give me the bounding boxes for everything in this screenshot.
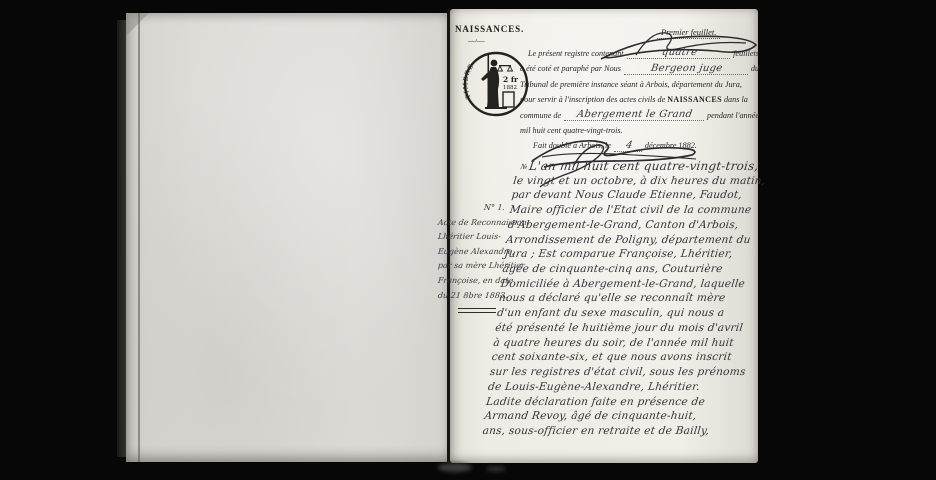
act-line: de Louis-Eugène-Alexandre, Lhéritier.: [487, 380, 732, 395]
act-line: sur les registres d'état civil, sous les…: [489, 365, 734, 380]
svg-text:TIMBRE: TIMBRE: [461, 62, 475, 100]
printed-text-bold: NAISSANCES: [665, 92, 724, 107]
act-line: Maire officier de l'Etat civil de la com…: [509, 203, 754, 218]
preamble-line: Tribunal de première instance séant à Ar…: [520, 77, 759, 92]
ornament-rule: —·—: [468, 36, 484, 45]
scan-smudge: [438, 463, 472, 472]
printed-text: Tribunal de première instance séant à Ar…: [520, 77, 742, 92]
preamble-line: commune de Abergement le Grand pendant l…: [520, 108, 759, 123]
act-line: Ladite déclaration faite en présence de: [485, 395, 730, 410]
preamble-line: Le présent registre contenant quatre feu…: [520, 46, 759, 61]
printed-text: dans la: [724, 92, 748, 107]
act-line: à quatre heures du soir, de l'année mil …: [493, 336, 738, 351]
margin-annotation: N° 1. Acte de Reconnaissance Lhéritier L…: [437, 201, 529, 303]
handwritten-entry: quatre: [661, 48, 698, 58]
act-line: d'un enfant du sexe masculin, qui nous a: [496, 306, 741, 321]
printed-text: commune de: [520, 108, 561, 123]
act-line: par devant Nous Claude Etienne, Faudot,: [511, 188, 756, 203]
section-title: NAISSANCES.: [455, 24, 524, 34]
left-blank-page: [126, 13, 450, 462]
svg-text:2 fr: 2 fr: [503, 75, 519, 84]
handwritten-entry: Abergement le Grand: [576, 110, 693, 120]
margin-closing-rule: [458, 308, 496, 313]
act-line: nous a déclaré qu'elle se reconnaît mère: [498, 291, 743, 306]
page-crease: [138, 13, 140, 462]
printed-text: feuillets: [733, 46, 759, 61]
margin-line: Acte de Reconnaissance: [437, 216, 529, 231]
act-line: Arrondissement de Poligny, département d…: [505, 233, 750, 248]
act-line: ans, sous-officier en retraite et de Bai…: [482, 424, 727, 439]
preamble-line: a été coté et paraphé par Nous Bergeon j…: [520, 61, 759, 76]
svg-text:1882: 1882: [503, 85, 517, 91]
printed-text: pendant l'année: [707, 108, 759, 123]
act-line: été présenté le huitième jour du mois d'…: [494, 321, 739, 336]
margin-line: Lhéritier Louis-: [437, 230, 529, 245]
act-line: le vingt et un octobre, à dix heures du …: [512, 174, 757, 189]
margin-line: par sa mère Lhéritier: [437, 259, 529, 274]
registry-scan: NAISSANCES. —·— Premier feuillet. TIMBRE…: [0, 0, 936, 480]
act-line: d'Abergement-le-Grand, Canton d'Arbois,: [507, 218, 752, 233]
printed-text: Le présent registre contenant: [528, 46, 624, 61]
preamble-line: pour servir à l'inscription des actes ci…: [520, 92, 759, 107]
left-page-edge: [117, 20, 126, 457]
act-line: Armand Revoy, âgé de cinquante-huit,: [483, 409, 728, 424]
margin-line: Eugène Alexandre,: [437, 245, 529, 260]
act-line: Domiciliée à Abergement-le-Grand, laquel…: [500, 277, 745, 292]
act-number: N° 1.: [437, 201, 529, 216]
act-line: Jura ; Est comparue Françoise, Lhéritier…: [503, 247, 748, 262]
scan-smudge: [486, 466, 506, 472]
margin-line: du 21 8bre 1883.: [437, 289, 529, 304]
handwritten-entry: Bergeon juge: [650, 64, 723, 74]
margin-line: Françoise, en date: [437, 274, 529, 289]
printed-text: du: [751, 61, 759, 76]
act-line: cent soixante-six, et que nous avons ins…: [491, 350, 736, 365]
printed-text: pour servir à l'inscription des actes ci…: [520, 92, 665, 107]
printed-text: a été coté et paraphé par Nous: [520, 61, 621, 76]
act-line: âgée de cinquante-cinq ans, Couturière: [502, 262, 747, 277]
act-line: L'an mil huit cent quatre-vingt-trois,: [514, 159, 759, 174]
